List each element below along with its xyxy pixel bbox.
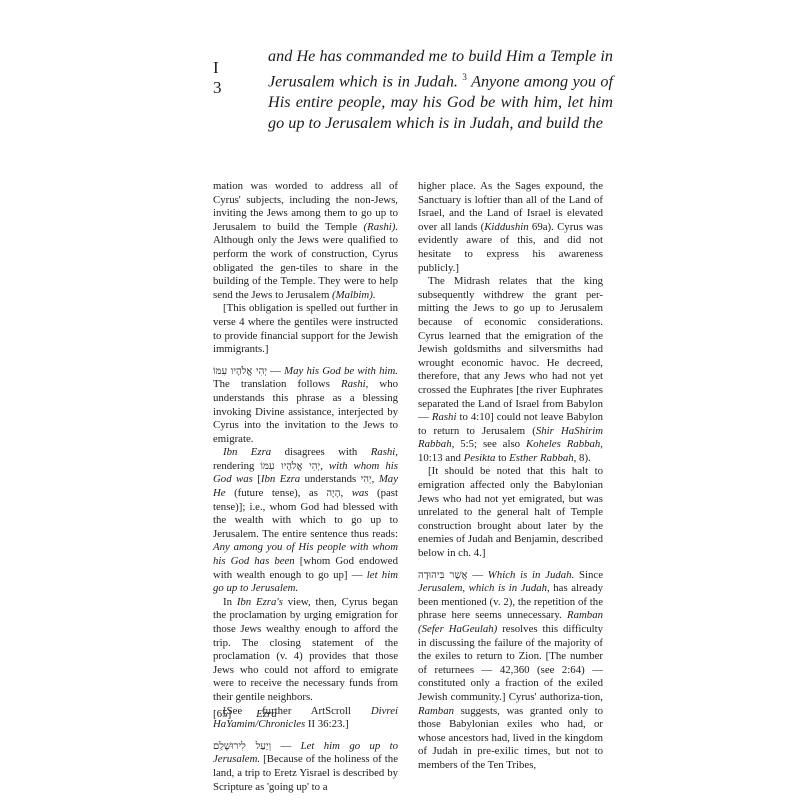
commentary-left-column: mation was worded to address all of Cyru… — [213, 180, 398, 794]
paragraph: mation was worded to address all of Cyru… — [213, 180, 398, 302]
paragraph: [It should be noted that this halt to em… — [418, 465, 603, 560]
page-number: [65] — [213, 708, 231, 720]
paragraph: The Midrash relates that the king subseq… — [418, 275, 603, 465]
translation-verse-text: and He has commanded me to build Him a T… — [268, 46, 613, 134]
verse-number: 3 — [213, 78, 222, 98]
paragraph: [This obligation is spelled out further … — [213, 302, 398, 356]
commentary-entry: יְהִי אֱלֹהָיו עִמּוֹ — May his God be w… — [213, 365, 398, 447]
commentary-columns: mation was worded to address all of Cyru… — [213, 180, 603, 794]
page-footer: [65] Ezra — [213, 708, 277, 720]
chapter-number: I — [213, 58, 222, 78]
chapter-verse-marker: I 3 — [213, 58, 222, 98]
commentary-right-column: higher place. As the Sages expound, the … — [418, 180, 603, 794]
commentary-entry: אֲשֶׁר בִּיהוּדָה — Which is in Judah. S… — [418, 569, 603, 773]
verse-superscript: 3 — [462, 72, 467, 82]
paragraph: higher place. As the Sages expound, the … — [418, 180, 603, 275]
commentary-entry: וְיַעַל לִירוּשָׁלִַם — Let him go up to… — [213, 740, 398, 794]
paragraph: In Ibn Ezra's view, then, Cyrus began th… — [213, 596, 398, 705]
book-title: Ezra — [256, 708, 277, 720]
paragraph: Ibn Ezra disagrees with Rashi, rendering… — [213, 446, 398, 596]
